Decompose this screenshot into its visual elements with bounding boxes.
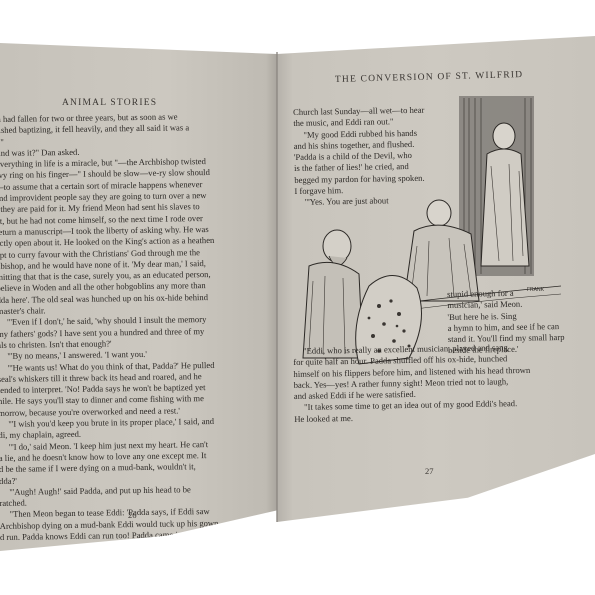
page-number-right: 27 — [425, 466, 434, 476]
page-number-left: 26 — [128, 510, 137, 520]
left-page-text: in had fallen for two or three years, bu… — [0, 110, 262, 543]
book-spine — [276, 52, 278, 522]
running-head-left: ANIMAL STORIES — [62, 98, 157, 108]
right-page-text-bottom: "Eddi, who is really an excellent musici… — [293, 341, 556, 425]
left-page: ANIMAL STORIES in had fallen for two or … — [0, 43, 277, 551]
text-line: d run. Padda knows Eddi can run too! Pad… — [0, 528, 262, 543]
open-book: ANIMAL STORIES in had fallen for two or … — [0, 0, 595, 595]
right-page: THE CONVERSION OF ST. WILFRID Church las… — [277, 36, 595, 522]
running-head-right: THE CONVERSION OF ST. WILFRID — [335, 70, 524, 85]
